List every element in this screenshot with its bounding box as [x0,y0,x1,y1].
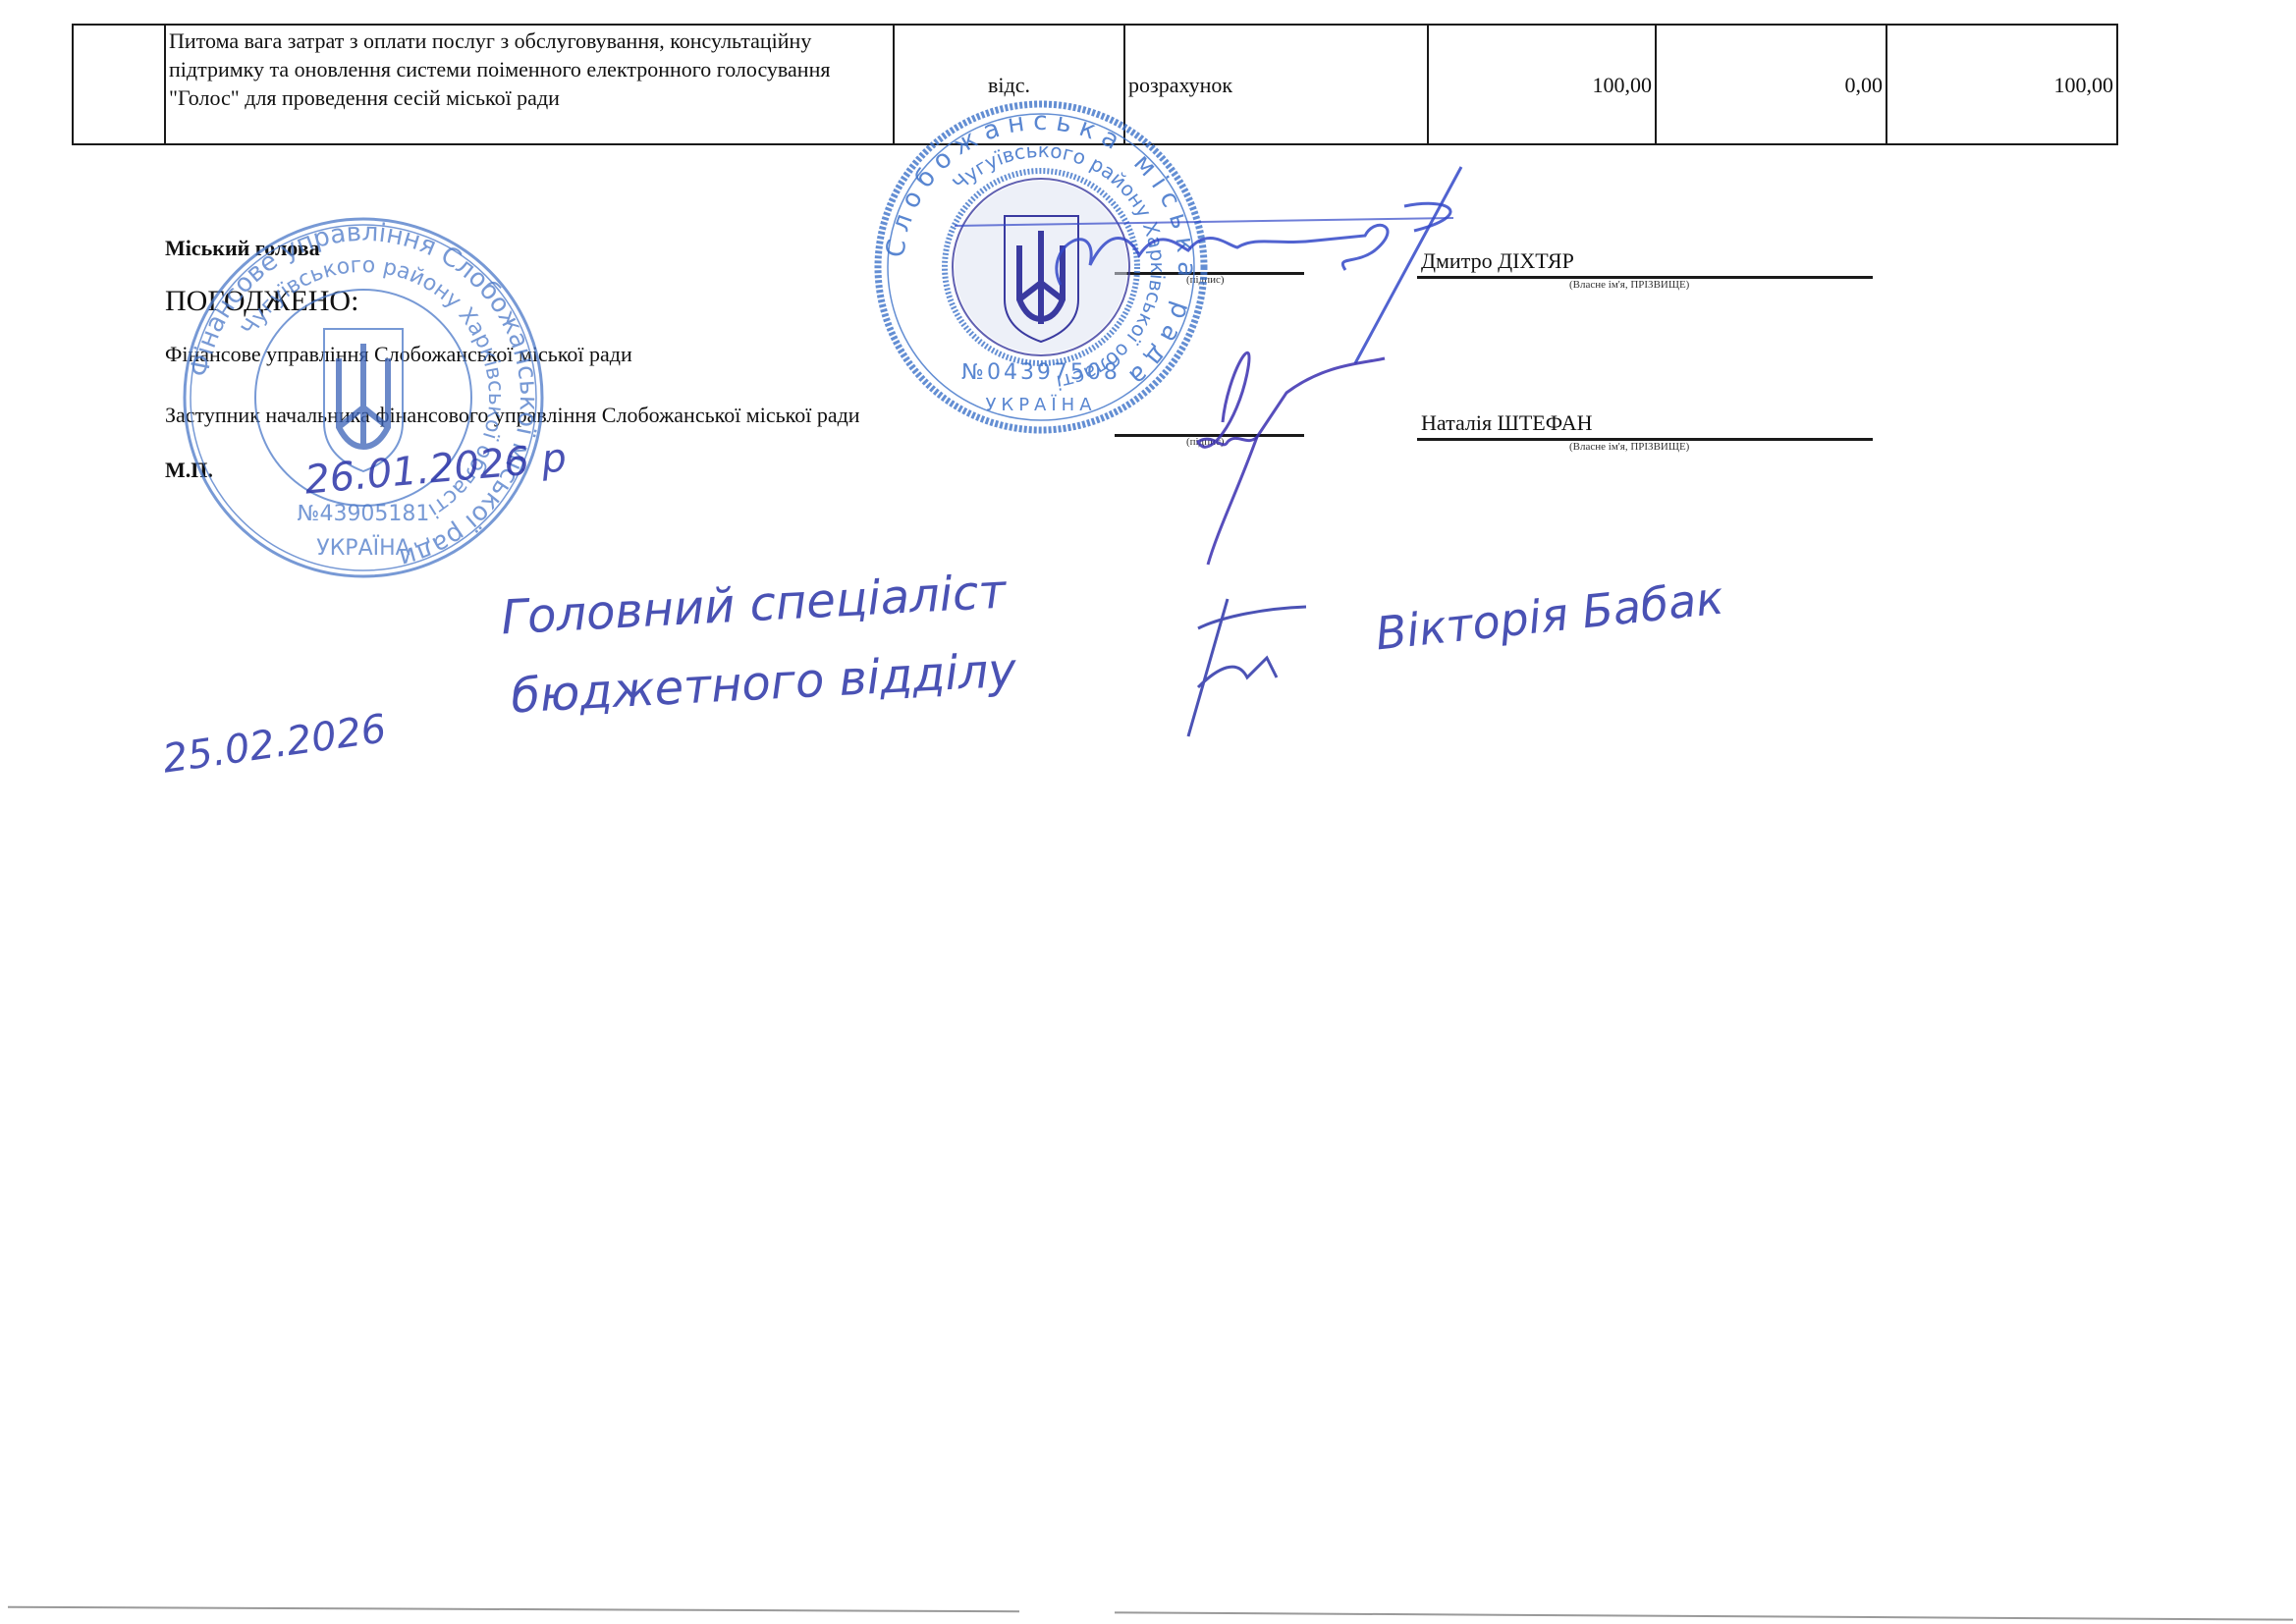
seal-label: М.П. [165,458,213,483]
mayor-signature-caption: (підпис) [1186,274,1225,286]
stamp-code: №43905181 [298,502,430,526]
mayor-name-caption: (Власне ім'я, ПРІЗВИЩЕ) [1569,279,1689,291]
indicator-table: Питома вага затрат з оплати послуг з обс… [72,24,2118,145]
deputy-title: Заступник начальника фінансового управлі… [165,403,860,428]
stamp-date-handwritten: 26.01.2026 р [303,435,569,503]
stamp-code: №04397508 [961,360,1121,385]
value-3-cell: 100,00 [1886,25,2117,144]
trident-icon [1005,216,1078,342]
unit-cell: відс. [894,25,1124,144]
handwritten-signer-name: Вікторія Бабак [1373,571,1725,661]
mayor-name: Дмитро ДІХТЯР [1421,248,1574,274]
deputy-name: Наталія ШТЕФАН [1421,410,1592,436]
stamp-outer-text: Фінансове управління Слобожанської міськ… [185,218,543,573]
deputy-signature-caption: (підпис) [1186,436,1225,448]
mayor-signature [943,157,1473,383]
handwritten-position-line-2: бюджетного відділу [510,643,1017,725]
svg-text:Чугуївського району Харківсько: Чугуївського району Харківської області [948,138,1170,395]
stamp-country: УКРАЇНА [316,535,410,561]
city-council-stamp: Слобожанська міська рада Чугуївського ра… [872,98,1211,437]
table-row: Питома вага затрат з оплати послуг з обс… [73,25,2117,144]
deputy-name-caption: (Власне ім'я, ПРІЗВИЩЕ) [1569,441,1689,453]
indicator-name-cell: Питома вага затрат з оплати послуг з обс… [165,25,894,144]
specialist-signature [1159,589,1316,746]
value-1-cell: 100,00 [1428,25,1656,144]
handwritten-position-line-1: Головний спеціаліст [500,565,1008,646]
scan-edge-left [8,1606,1019,1612]
finance-dept-label: Фінансове управління Слобожанської міськ… [165,342,632,367]
value-2-cell: 0,00 [1656,25,1886,144]
handwritten-date: 25.02.2026 [160,706,389,782]
finance-dept-stamp: Фінансове управління Слобожанської міськ… [177,211,550,584]
mayor-title: Міський голова [165,236,320,261]
scan-edge-right [1115,1611,2293,1620]
row-number-cell [73,25,165,144]
source-cell: розрахунок [1124,25,1428,144]
agreed-label: ПОГОДЖЕНО: [165,285,358,318]
svg-text:Слобожанська міська рада: Слобожанська міська рада [881,107,1201,397]
stamp-country: УКРАЇНА [985,395,1096,415]
